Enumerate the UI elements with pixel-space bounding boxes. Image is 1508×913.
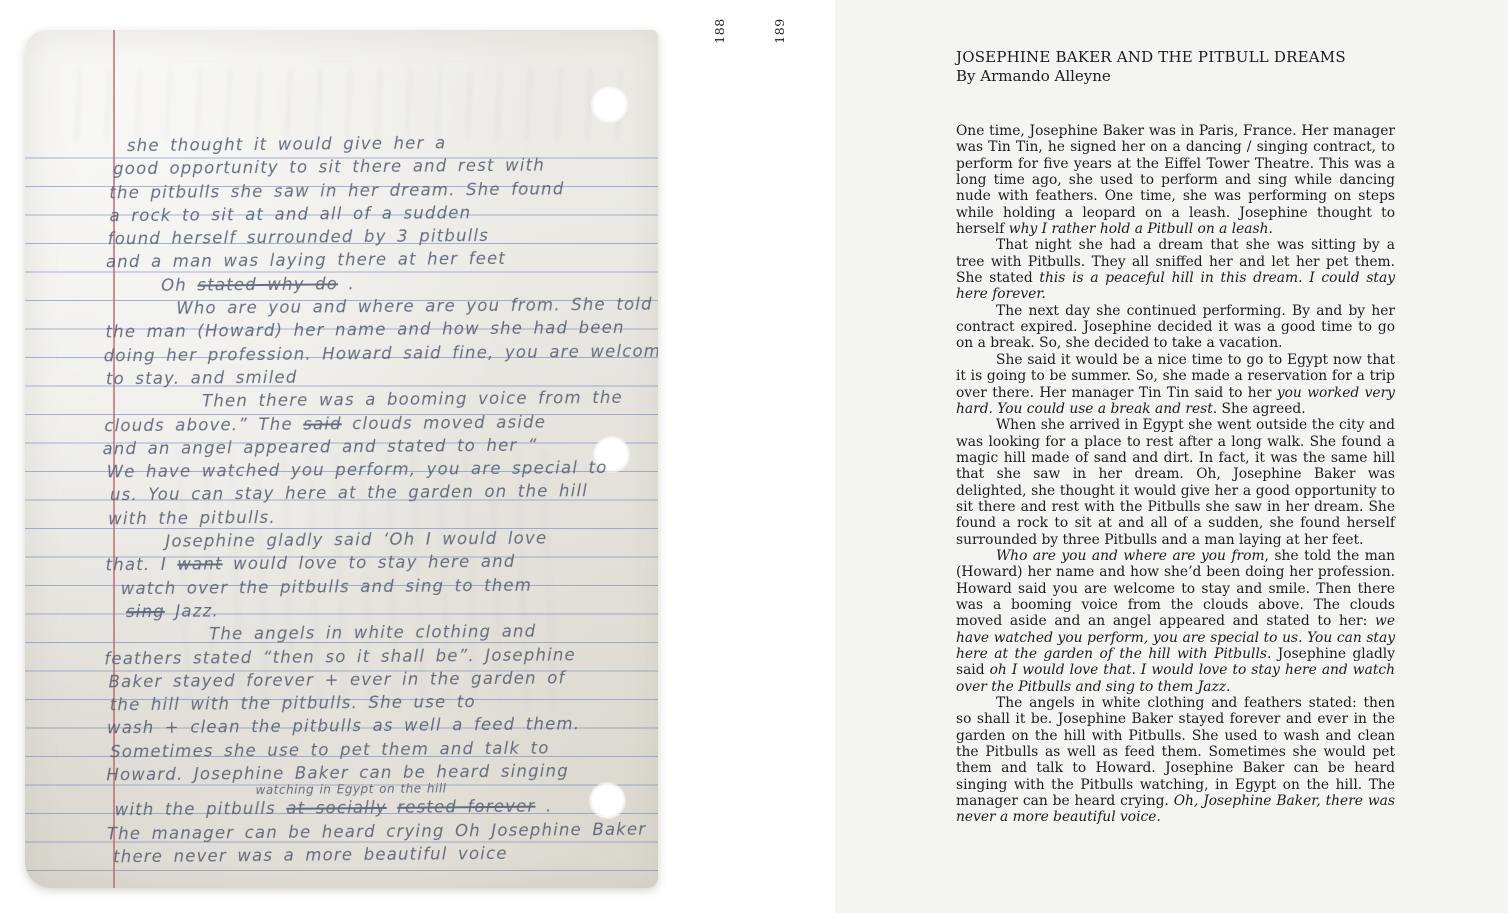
handwritten-text: Sometimes she use to pet them and talk t… bbox=[110, 738, 550, 761]
handwritten-text: wash + clean the pitbulls as well a feed… bbox=[107, 715, 580, 738]
handwritten-text: and an angel appeared and stated to her … bbox=[102, 435, 537, 458]
handwritten-text: she thought it would give her a bbox=[127, 133, 447, 155]
handwritten-text: would love to stay here and bbox=[223, 552, 516, 574]
italic-text: Who are you and where are you from bbox=[996, 548, 1265, 564]
handwritten-line: The manager can be heard crying Oh Josep… bbox=[106, 817, 656, 845]
page-number-left: 188 bbox=[704, 15, 736, 47]
handwritten-text: us. You can stay here at the garden on t… bbox=[110, 482, 588, 505]
italic-text: oh I would love that. I would love to st… bbox=[956, 662, 1395, 694]
handwritten-text: the hill with the pitbulls. She use to bbox=[110, 692, 476, 714]
article-paragraph: She said it would be a nice time to go t… bbox=[956, 352, 1395, 417]
article-paragraph: One time, Josephine Baker was in Paris, … bbox=[956, 123, 1395, 237]
page-number-right: 189 bbox=[764, 15, 796, 47]
handwritten-line: wash + clean the pitbulls as well a feed… bbox=[105, 712, 655, 740]
body-text: The next day she continued performing. B… bbox=[956, 303, 1395, 352]
article-paragraph: The next day she continued performing. B… bbox=[956, 303, 1395, 352]
handwritten-text: found herself surrounded by 3 pitbulls bbox=[108, 226, 489, 248]
crossed-out-text: rested forever bbox=[397, 797, 535, 817]
handwritten-line: doing her profession. Howard said fine, … bbox=[102, 339, 652, 367]
crossed-out-text: said bbox=[303, 414, 342, 433]
article-paragraph: That night she had a dream that she was … bbox=[956, 237, 1395, 302]
article-byline: By Armando Alleyne bbox=[956, 67, 1395, 86]
handwritten-text: The manager can be heard crying Oh Josep… bbox=[107, 819, 647, 843]
handwritten-line: us. You can stay here at the garden on t… bbox=[103, 479, 653, 507]
handwritten-text: We have watched you perform, you are spe… bbox=[107, 458, 608, 481]
handwritten-text: Then there was a booming voice from the bbox=[202, 388, 623, 411]
article-paragraph: The angels in white clothing and feather… bbox=[956, 695, 1395, 826]
handwritten-text: Oh bbox=[161, 275, 197, 294]
body-text: . bbox=[1268, 221, 1272, 237]
handwritten-text: . bbox=[338, 274, 355, 293]
handwritten-line: feathers stated “then so it shall be”. J… bbox=[104, 642, 654, 670]
handwritten-text: the pitbulls she saw in her dream. She f… bbox=[109, 179, 564, 202]
crossed-out-text: want bbox=[177, 555, 223, 574]
handwritten-text: there never was a more beautiful voice bbox=[113, 844, 508, 866]
crossed-out-text: at socially bbox=[286, 798, 387, 818]
handwritten-text: clouds moved aside bbox=[342, 412, 546, 433]
article: JOSEPHINE BAKER AND THE PITBULL DREAMS B… bbox=[956, 48, 1395, 826]
handwritten-text: with the pitbulls. bbox=[108, 508, 276, 528]
handwritten-text: Josephine gladly said ‘Oh I would love bbox=[165, 529, 547, 551]
body-text: The angels in white clothing and feather… bbox=[956, 695, 1395, 809]
handwritten-text: watch over the pitbulls and sing to them bbox=[121, 575, 532, 598]
handwritten-text: that. I bbox=[105, 555, 177, 575]
manuscript-scan: she thought it would give her agood oppo… bbox=[25, 30, 658, 888]
handwritten-text bbox=[387, 798, 398, 817]
article-paragraph: Who are you and where are you from, she … bbox=[956, 548, 1395, 695]
crossed-out-text: sing bbox=[126, 602, 165, 621]
handwritten-text: a rock to sit at and all of a sudden bbox=[109, 203, 471, 225]
handwritten-line: Then there was a booming voice from the bbox=[102, 386, 652, 414]
handwritten-text: Howard. Josephine Baker can be heard sin… bbox=[106, 761, 569, 784]
article-paragraph: When she arrived in Egypt she went outsi… bbox=[956, 417, 1395, 548]
body-text: . She agreed. bbox=[1213, 401, 1306, 417]
handwritten-text: Baker stayed forever + ever in the garde… bbox=[109, 668, 566, 691]
handwritten-text: Jazz. bbox=[165, 601, 219, 620]
handwritten-text: Who are you and where are you from. She … bbox=[176, 295, 653, 318]
crossed-out-text: stated why do bbox=[197, 274, 338, 294]
handwritten-text: to stay. and smiled bbox=[106, 368, 298, 389]
binder-hole bbox=[591, 86, 628, 123]
article-body: One time, Josephine Baker was in Paris, … bbox=[956, 123, 1395, 826]
body-text: One time, Josephine Baker was in Paris, … bbox=[956, 123, 1395, 237]
handwritten-text: The angels in white clothing and bbox=[209, 622, 536, 644]
handwritten-text: and a man was laying there at her feet bbox=[106, 249, 506, 271]
handwritten-text: doing her profession. Howard said fine, … bbox=[104, 341, 658, 365]
handwritten-text: . bbox=[535, 797, 552, 816]
handwritten-text: good opportunity to sit there and rest w… bbox=[113, 156, 545, 179]
handwritten-text: feathers stated “then so it shall be”. J… bbox=[104, 645, 576, 668]
handwritten-text: with the pitbulls bbox=[115, 799, 287, 819]
article-title: JOSEPHINE BAKER AND THE PITBULL DREAMS bbox=[956, 48, 1395, 67]
right-page: JOSEPHINE BAKER AND THE PITBULL DREAMS B… bbox=[835, 0, 1508, 913]
handwritten-text-block: she thought it would give her agood oppo… bbox=[100, 130, 656, 869]
body-text: When she arrived in Egypt she went outsi… bbox=[956, 417, 1395, 547]
handwritten-line: there never was a more beautiful voice bbox=[106, 840, 656, 868]
handwritten-text: clouds above.” The bbox=[104, 414, 303, 435]
italic-text: why I rather hold a Pitbull on a leash bbox=[1009, 221, 1269, 237]
handwritten-text: the man (Howard) her name and how she ha… bbox=[105, 318, 624, 342]
